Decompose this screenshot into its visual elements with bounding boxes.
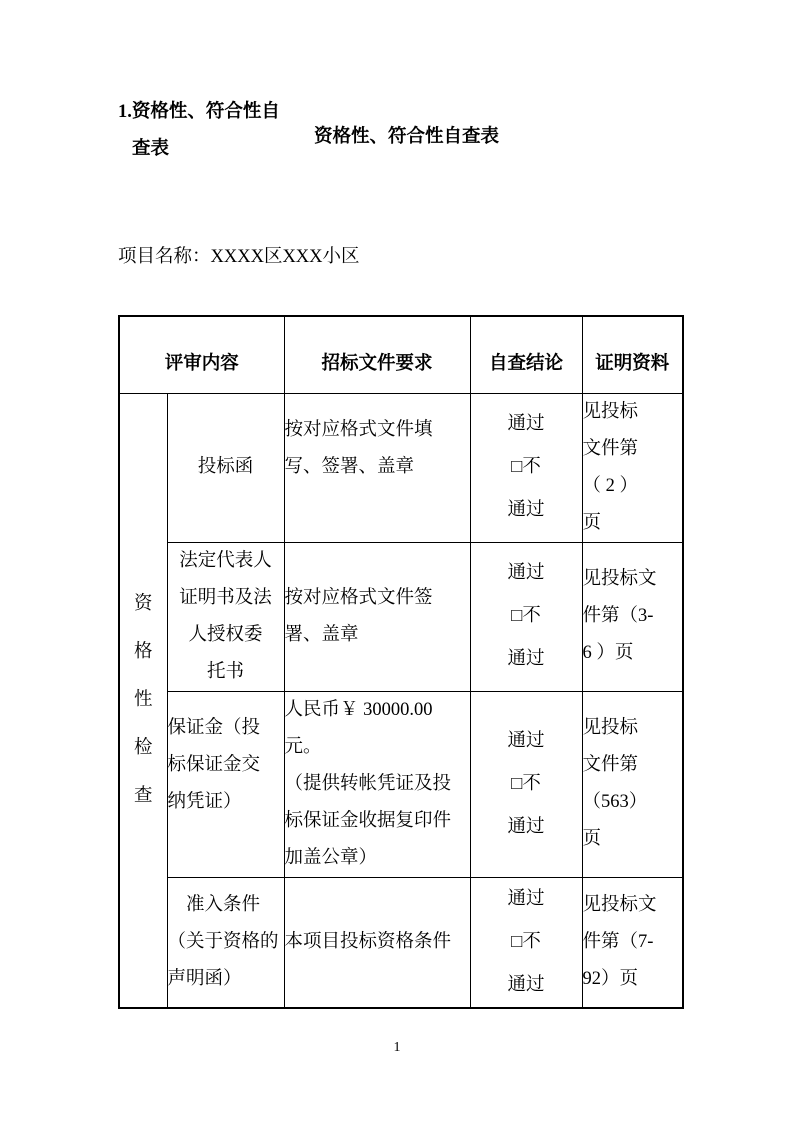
document-title: 资格性、符合性自查表 [314,122,499,153]
table-row-deposit: 保证金（投标保证金交纳凭证） 人民币￥ 30000.00元。（提供转帐凭证及投标… [119,691,683,877]
table-row-admission-conditions: 准入条件（关于资格的声明函） 本项目投标资格条件 通过□不通过 见投标文件第（7… [119,877,683,1008]
project-name: 项目名称：XXXX区XXX小区 [118,243,360,271]
header-tender-file-requirement: 招标文件要求 [284,316,470,393]
proof-cell: 见投标文件第（3-6 ）页 [582,542,683,691]
page-number: 1 [0,1040,794,1056]
requirement-cell: 按对应格式文件填写、签署、盖章 [284,393,470,542]
item-cell: 法定代表人证明书及法人授权委托书 [167,542,284,691]
table-row-legal-representative: 法定代表人证明书及法人授权委托书 按对应格式文件签署、盖章 通过□不通过 见投标… [119,542,683,691]
header-review-content: 评审内容 [119,316,284,393]
document-page: 1.资格性、符合性自查表 资格性、符合性自查表 项目名称：XXXX区XXX小区 … [0,0,794,1122]
self-check-table: 评审内容 招标文件要求 自查结论 证明资料 资格性检查 投标函 按对应格式文件填… [118,315,684,1009]
proof-cell: 见投标文件第（ 2 ）页 [582,393,683,542]
result-cell: 通过□不通过 [470,691,582,877]
item-cell: 保证金（投标保证金交纳凭证） [167,691,284,877]
requirement-cell: 本项目投标资格条件 [284,877,470,1008]
proof-cell: 见投标文件第（7-92）页 [582,877,683,1008]
table-header-row: 评审内容 招标文件要求 自查结论 证明资料 [119,316,683,393]
result-cell: 通过□不通过 [470,393,582,542]
section-heading: 1.资格性、符合性自查表 [118,94,280,168]
item-cell: 投标函 [167,393,284,542]
requirement-cell: 人民币￥ 30000.00元。（提供转帐凭证及投标保证金收据复印件加盖公章） [284,691,470,877]
table-row-bid-letter: 资格性检查 投标函 按对应格式文件填写、签署、盖章 通过□不通过 见投标文件第（… [119,393,683,542]
result-cell: 通过□不通过 [470,877,582,1008]
category-cell-qualification-check: 资格性检查 [119,393,167,1008]
header-self-check-result: 自查结论 [470,316,582,393]
requirement-cell: 按对应格式文件签署、盖章 [284,542,470,691]
proof-cell: 见投标文件第（563）页 [582,691,683,877]
item-cell: 准入条件（关于资格的声明函） [167,877,284,1008]
header-proof-material: 证明资料 [582,316,683,393]
result-cell: 通过□不通过 [470,542,582,691]
